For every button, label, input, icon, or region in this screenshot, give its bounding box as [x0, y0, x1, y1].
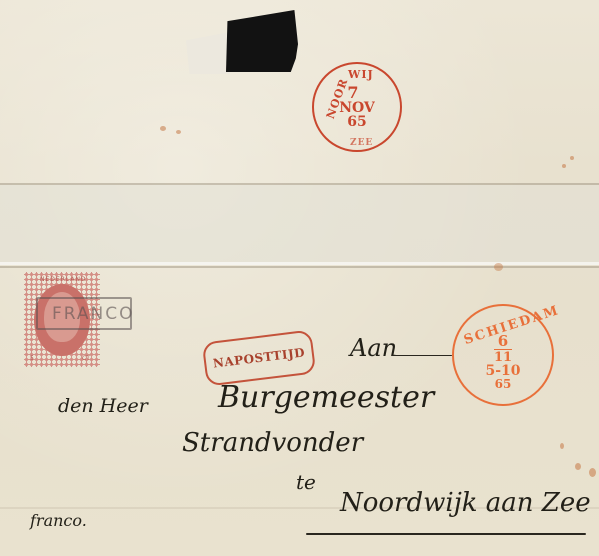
franco-annotation: franco.: [30, 511, 87, 530]
postmark-month: NOV: [339, 101, 375, 115]
address-aan: Aan: [350, 334, 397, 362]
foxing-spot: [560, 443, 564, 449]
address-strandvonder: Strandvonder: [182, 428, 363, 458]
postmark-month: 11: [494, 349, 512, 364]
arrival-postmark: NOOR WIJ 7 NOV 65 ZEE: [312, 62, 402, 152]
fold-line-1: [0, 183, 599, 185]
franco-box-cancel: FRANCO: [36, 297, 132, 330]
postmark-arc-top: WIJ: [348, 68, 374, 81]
letter-cover: NOOR WIJ 7 NOV 65 ZEE SCHIEDAM 6 11 5-10…: [0, 0, 599, 556]
foxing-spot: [589, 468, 596, 477]
foxing-spot: [176, 130, 181, 134]
postmark-year: 65: [347, 115, 366, 129]
stamp-corner-left: 5: [30, 355, 34, 362]
postmark-day: 7: [347, 85, 358, 101]
address-noordwijk: Noordwijk aan Zee: [340, 488, 591, 518]
postmark-arc-bottom: ZEE: [350, 138, 373, 148]
foxing-spot: [570, 156, 574, 160]
fold-band-upper: [0, 185, 599, 265]
paper-tear-edge: [186, 32, 230, 74]
foxing-spot: [562, 164, 566, 168]
address-te: te: [296, 470, 316, 494]
fold-line-2: [0, 262, 599, 265]
stamp-country: NEDERLAND: [40, 276, 87, 283]
postmark-year: 65: [495, 378, 512, 390]
departure-postmark: SCHIEDAM 6 11 5-10 65: [452, 304, 554, 406]
foxing-spot: [160, 126, 166, 131]
postmark-time: 5-10: [485, 364, 520, 378]
fold-line-3: [0, 266, 599, 268]
paper-hole: [226, 10, 298, 72]
address-underline: [306, 533, 586, 535]
aan-flourish: [392, 355, 452, 356]
address-den-heer: den Heer: [58, 395, 148, 417]
foxing-spot: [494, 263, 503, 271]
address-burgemeester: Burgemeester: [218, 380, 434, 415]
foxing-spot: [575, 463, 581, 470]
postmark-arc: SCHIEDAM: [462, 303, 562, 348]
naposttijd-cancel: NAPOSTTIJD: [202, 329, 317, 386]
stamp-corner-right: CT: [82, 355, 90, 362]
